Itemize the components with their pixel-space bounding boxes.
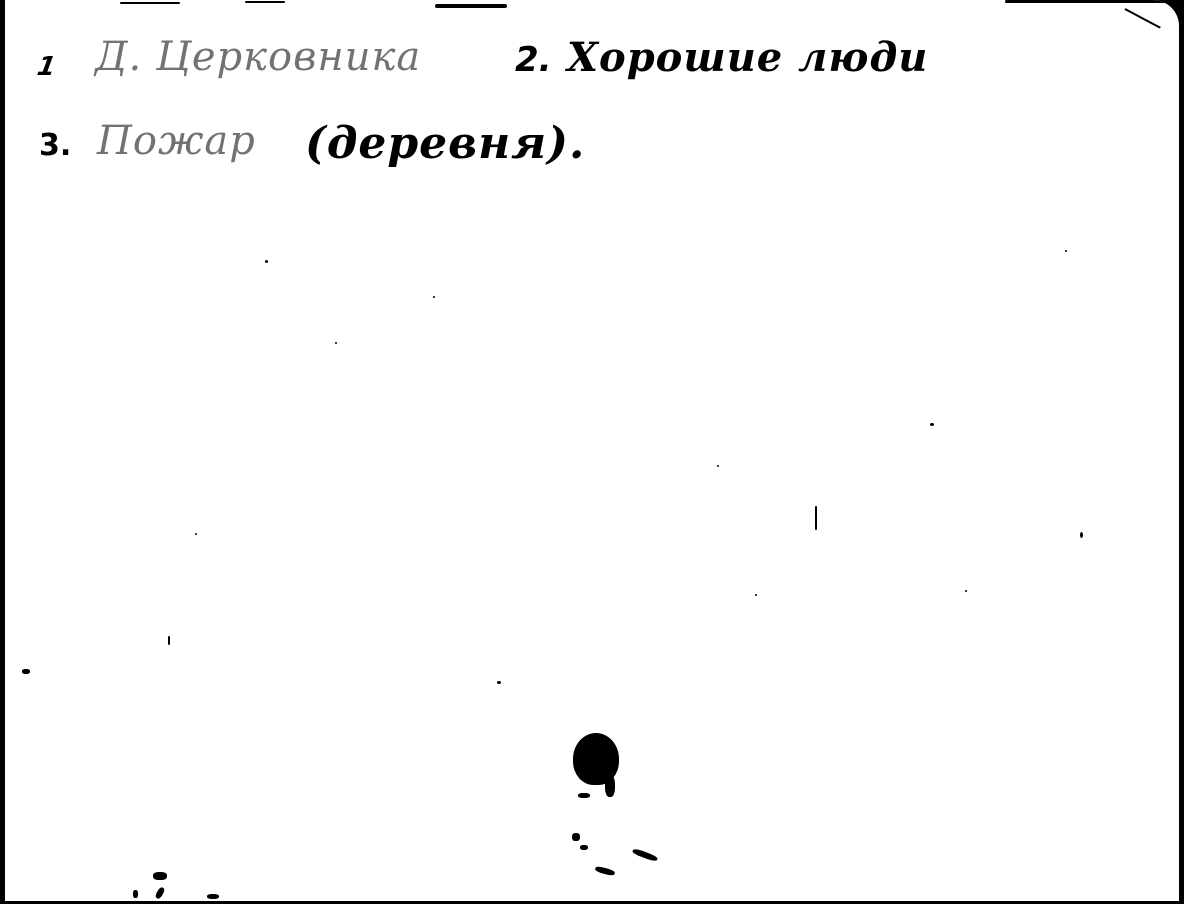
speck	[815, 506, 817, 530]
item-text-3-note: (деревня).	[305, 118, 585, 169]
smudge-mark	[580, 845, 588, 850]
stray-ink-mark	[133, 890, 138, 898]
speck	[717, 465, 719, 467]
speck	[195, 533, 197, 535]
stray-ink-mark	[22, 669, 30, 674]
item-text-1: Д. Церковника	[95, 34, 421, 80]
speck	[1080, 532, 1083, 538]
corner-fold-mark	[1125, 8, 1161, 29]
top-edge-stroke	[120, 2, 180, 4]
top-edge-stroke	[435, 4, 507, 8]
item-text-3: Пожар	[97, 118, 256, 164]
smudge-mark	[632, 848, 658, 863]
speck	[755, 594, 757, 596]
speck	[1065, 250, 1067, 252]
speck	[497, 681, 501, 684]
smudge-mark	[572, 833, 580, 841]
speck	[965, 590, 967, 592]
speck	[335, 342, 337, 344]
stray-ink-mark	[153, 872, 167, 880]
stray-ink-mark	[207, 894, 219, 899]
item-number-3: 3.	[39, 128, 71, 163]
speck	[930, 423, 934, 426]
item-number-2: 2.	[515, 40, 552, 80]
smudge-mark	[578, 793, 590, 798]
speck	[433, 296, 435, 298]
speck	[265, 260, 268, 263]
speck	[168, 636, 170, 645]
document-card: 1 Д. Церковника 2. Хорошие люди 3. Пожар…	[5, 0, 1179, 901]
item-text-2: Хорошие люди	[567, 34, 928, 81]
top-edge-stroke	[1005, 0, 1175, 3]
top-edge-stroke	[245, 1, 285, 3]
stray-ink-mark	[154, 886, 165, 899]
smudge-mark	[595, 866, 616, 877]
ink-blot-drip	[605, 775, 615, 797]
item-number-1: 1	[32, 52, 61, 82]
